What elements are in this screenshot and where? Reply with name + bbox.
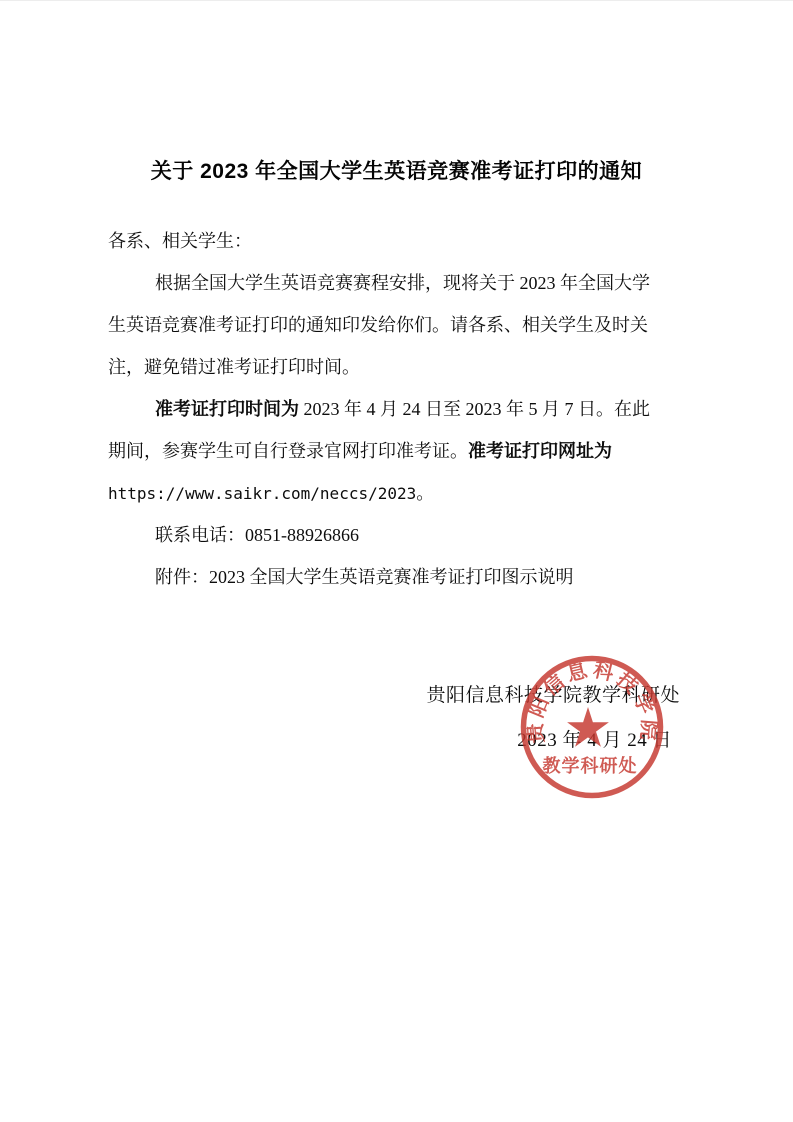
print-time-bold-label: 准考证打印时间为 — [155, 399, 299, 419]
salutation-line: 各系、相关学生： — [108, 220, 680, 262]
document-title: 关于 2023 年全国大学生英语竞赛准考证打印的通知 — [0, 155, 793, 185]
paragraph1-line2: 生英语竞赛准考证打印的通知印发给你们。请各系、相关学生及时关 — [108, 304, 680, 346]
paragraph2-line1: 准考证打印时间为 2023 年 4 月 24 日至 2023 年 5 月 7 日… — [108, 388, 680, 430]
attachment-line: 附件：2023 全国大学生英语竞赛准考证打印图示说明 — [108, 556, 680, 598]
paragraph1-line3-text: 注，避免错过准考证打印时间。 — [108, 357, 360, 377]
paragraph1-line2-text: 生英语竞赛准考证打印的通知印发给你们。请各系、相关学生及时关 — [108, 315, 648, 335]
document-body: 各系、相关学生： 根据全国大学生英语竞赛赛程安排，现将关于 2023 年全国大学… — [108, 220, 680, 598]
url-period: 。 — [416, 483, 434, 503]
signature-date: 2023 年 4 月 24 日 — [426, 718, 680, 763]
print-url-bold-label: 准考证打印网址为 — [468, 441, 612, 461]
document-page: 关于 2023 年全国大学生英语竞赛准考证打印的通知 各系、相关学生： 根据全国… — [0, 0, 793, 1122]
paragraph1-line3: 注，避免错过准考证打印时间。 — [108, 346, 680, 388]
paragraph1-line1-text: 根据全国大学生英语竞赛赛程安排，现将关于 2023 年全国大学 — [155, 273, 650, 293]
paragraph2-line1-text: 2023 年 4 月 24 日至 2023 年 5 月 7 日。在此 — [299, 399, 650, 419]
print-url-text: https://www.saikr.com/neccs/2023 — [108, 484, 416, 503]
paragraph2-line3: https://www.saikr.com/neccs/2023。 — [108, 472, 680, 514]
paragraph2-line2: 期间，参赛学生可自行登录官网打印准考证。准考证打印网址为 — [108, 430, 680, 472]
paragraph1-line1: 根据全国大学生英语竞赛赛程安排，现将关于 2023 年全国大学 — [108, 262, 680, 304]
signature-org: 贵阳信息科技学院教学科研处 — [426, 673, 680, 718]
contact-phone-line: 联系电话：0851-88926866 — [108, 514, 680, 556]
signature-block: 贵阳信息科技学院教学科研处 2023 年 4 月 24 日 — [426, 673, 680, 763]
paragraph2-line2-text: 期间，参赛学生可自行登录官网打印准考证。 — [108, 441, 468, 461]
